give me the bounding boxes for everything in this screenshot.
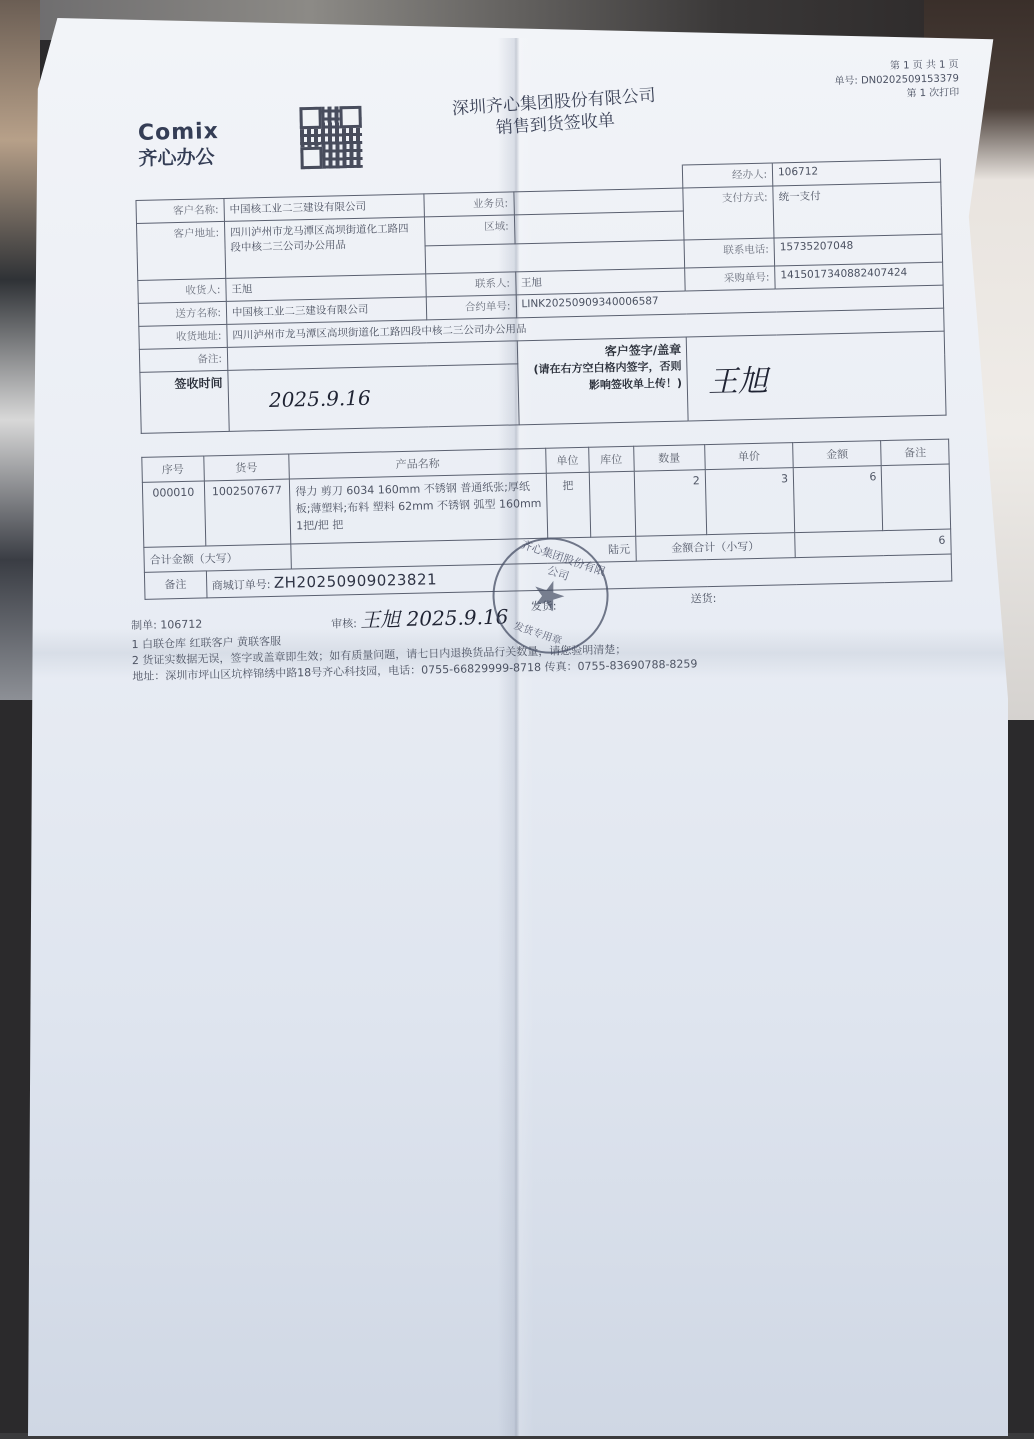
ship-to-label: 送方名称:	[138, 301, 226, 326]
total-lower-label: 金额合计（小写）	[635, 533, 795, 562]
col-qty: 数量	[633, 445, 705, 472]
qr-code-icon	[299, 106, 362, 169]
mall-order-value: ZH20250909023821	[274, 570, 438, 592]
row-product-name: 得力 剪刀 6034 160mm 不锈钢 普通纸张;厚纸板;薄塑料;布料 塑料 …	[290, 473, 548, 544]
signature-hint: (请在右方空白格内签字，否则影响签收单上传！)	[523, 358, 682, 396]
row-seq: 000010	[142, 481, 205, 547]
comix-logo: Comix 齐心办公	[138, 119, 220, 171]
col-location: 库位	[589, 446, 634, 472]
document-title: 深圳齐心集团股份有限公司 销售到货签收单	[418, 83, 690, 145]
region-label: 区域:	[424, 215, 515, 246]
remark-label: 备注:	[139, 347, 227, 372]
sign-time-label: 签收时间	[140, 370, 229, 433]
purchase-no-label: 采购单号:	[685, 266, 775, 291]
receiver-label: 收货人:	[138, 278, 226, 303]
customer-info-table: 经办人: 106712 客户名称: 中国核工业二三建设有限公司 业务员: 支付方…	[135, 159, 947, 434]
delivery-address-label: 收货地址:	[139, 324, 227, 349]
sign-time-box[interactable]: 2025.9.16	[228, 364, 519, 432]
handwritten-sign-time: 2025.9.16	[269, 386, 371, 412]
phone-label: 联系电话:	[684, 237, 775, 268]
maker-value: 106712	[160, 618, 202, 632]
bottom-remark-label: 备注	[144, 571, 206, 599]
col-price: 单价	[704, 443, 793, 470]
brand-name-cn: 齐心办公	[138, 142, 220, 171]
contact-label: 联系人:	[425, 272, 515, 297]
handler-label: 经办人:	[682, 163, 772, 188]
total-lower-value: 6	[795, 529, 951, 558]
customer-address-label: 客户地址:	[136, 221, 225, 280]
row-location	[589, 471, 635, 537]
col-seq: 序号	[142, 456, 204, 482]
row-sku: 1002507677	[204, 479, 291, 546]
customer-name-label: 客户名称:	[136, 198, 224, 223]
receipt-content: Comix 齐心办公 深圳齐心集团股份有限公司 销售到货签收单 第 1 页 共 …	[88, 28, 1003, 728]
document-meta: 第 1 页 共 1 页 单号: DN0202509153379 第 1 次打印	[834, 58, 959, 103]
payment-value: 统一支付	[773, 182, 942, 237]
row-price: 3	[705, 468, 795, 535]
signature-box[interactable]: 王旭	[686, 331, 946, 421]
payment-label: 支付方式:	[683, 186, 774, 240]
row-qty: 2	[634, 470, 707, 537]
phone-value: 15735207048	[774, 234, 943, 266]
col-amount: 金额	[793, 441, 882, 468]
delivery-label: 送货:	[690, 590, 716, 607]
customer-signature-label: 客户签字/盖章 (请在右方空白格内签字，否则影响签收单上传！)	[517, 337, 689, 425]
print-count: 第 1 次打印	[835, 86, 960, 103]
row-unit: 把	[546, 472, 590, 538]
row-amount: 6	[793, 466, 883, 533]
col-remark: 备注	[881, 439, 949, 466]
row-remark	[882, 464, 951, 531]
handwritten-signature: 王旭	[707, 363, 768, 399]
customer-address-value: 四川泸州市龙马潭区高坝街道化工路四段中核二三公司办公用品	[224, 217, 425, 279]
reviewer-handwritten: 王旭 2025.9.16	[360, 605, 509, 632]
maker: 制单: 106712	[131, 616, 203, 634]
doc-number-value: DN0202509153379	[861, 73, 959, 86]
col-unit: 单位	[546, 447, 589, 473]
star-icon: ★	[524, 568, 573, 623]
receipt-paper: Comix 齐心办公 深圳齐心集团股份有限公司 销售到货签收单 第 1 页 共 …	[28, 18, 1008, 1436]
contract-label: 合约单号:	[426, 295, 516, 320]
salesman-label: 业务员:	[423, 192, 513, 217]
col-sku: 货号	[203, 454, 289, 481]
total-upper-label: 合计金额（大写）	[144, 544, 292, 572]
mall-order-label: 商城订单号:	[212, 578, 271, 592]
region-value	[514, 211, 684, 243]
